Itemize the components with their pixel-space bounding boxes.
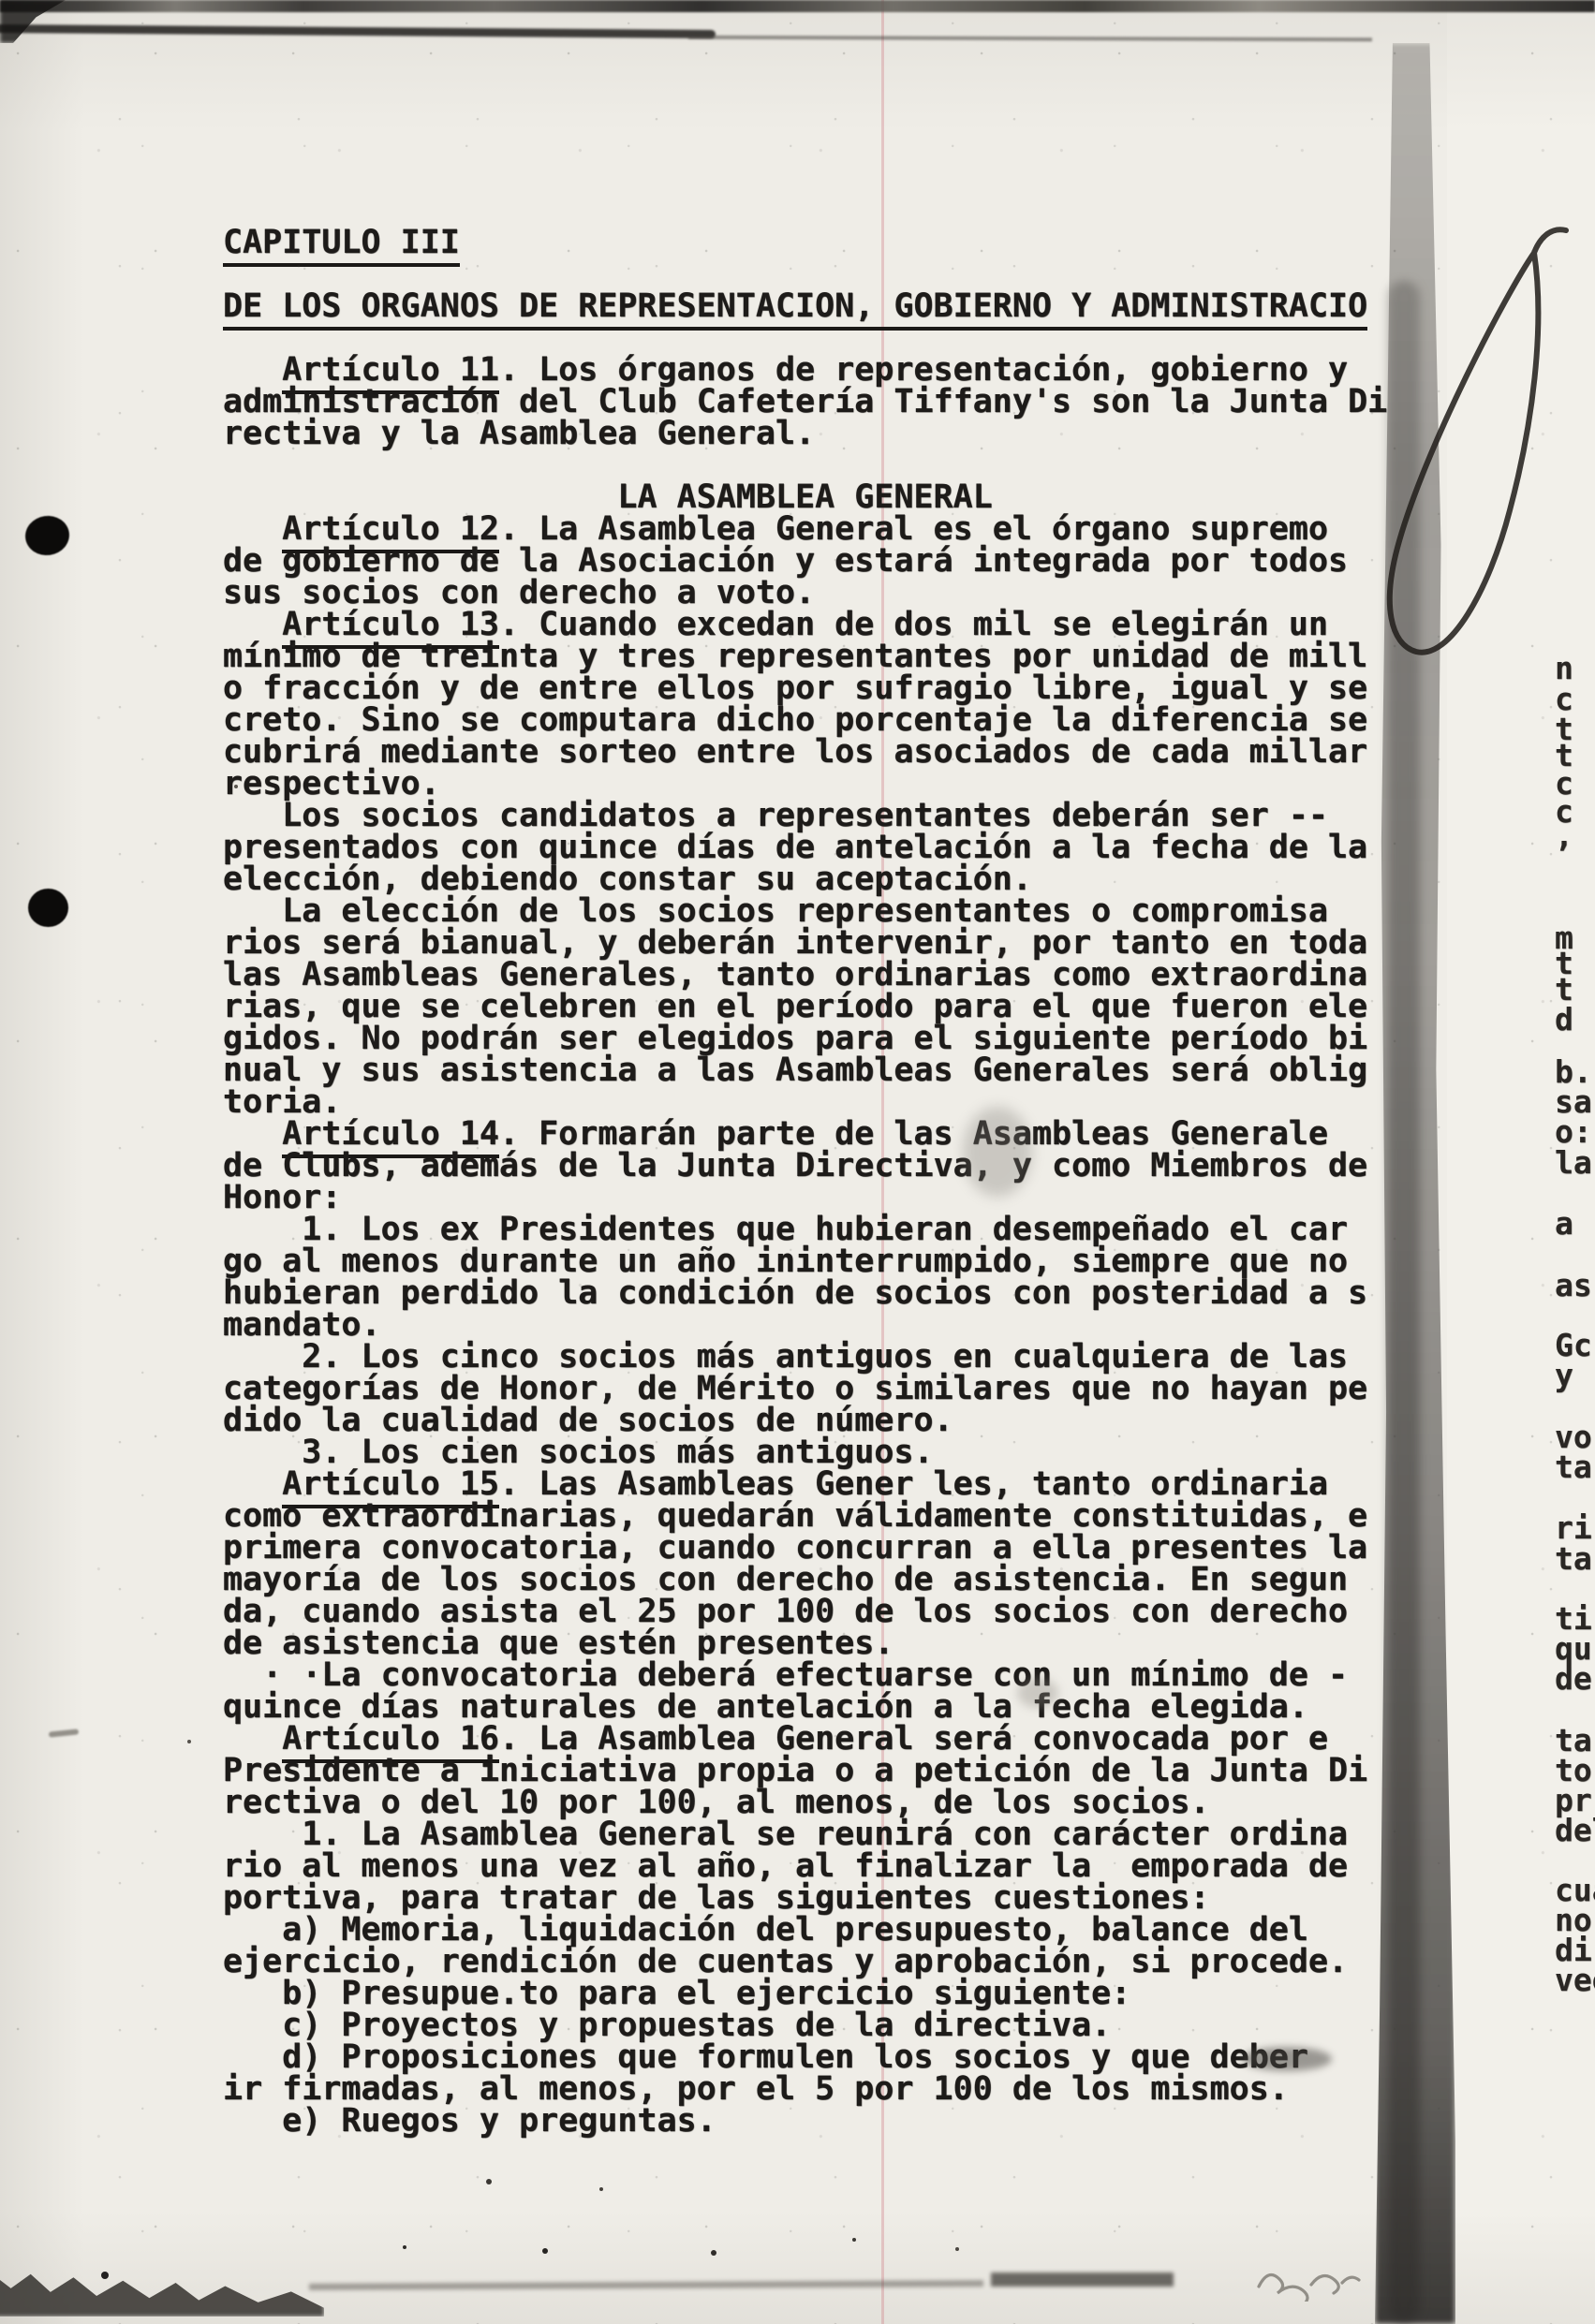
document-line: rias, que se celebren en el período para…	[223, 991, 1367, 1022]
document-line: o fracción y de entre ellos por sufragio…	[223, 672, 1367, 704]
adjacent-page-text-fragment: d	[1555, 1004, 1573, 1036]
adjacent-page-text-fragment: de.	[1555, 1663, 1595, 1695]
document-line: elección, debiendo constar su aceptación…	[223, 863, 1032, 895]
document-line: cubrirá mediante sorteo entre los asocia…	[223, 736, 1367, 768]
adjacent-page-text-fragment: ta	[1555, 1451, 1592, 1483]
document-line: de gobierno de la Asociación y estará in…	[223, 545, 1348, 577]
signature-ink-mark	[1349, 225, 1592, 697]
torn-top-edge	[0, 0, 1595, 12]
document-line: Artículo 14. Formarán parte de las Asamb…	[223, 1118, 1328, 1150]
adjacent-page-text-fragment: ta	[1555, 1543, 1592, 1575]
underlined-text-run: DE LOS ORGANOS DE REPRESENTACION, GOBIER…	[223, 287, 1367, 331]
text-run: hubieran perdido la condición de socios …	[223, 1274, 1367, 1312]
document-line: c) Proyectos y propuestas de la directiv…	[223, 2009, 1111, 2041]
document-line: nual y sus asistencia a las Asambleas Ge…	[223, 1054, 1367, 1086]
document-line: gidos. No podrán ser elegidos para el si…	[223, 1022, 1367, 1054]
torn-edge-line-faint	[688, 36, 1372, 42]
document-line: hubieran perdido la condición de socios …	[223, 1277, 1367, 1309]
document-line: LA ASAMBLEA GENERAL	[223, 481, 993, 513]
document-line: mayoría de los socios con derecho de asi…	[223, 1564, 1348, 1596]
document-line: Artículo 11. Los órganos de representaci…	[223, 354, 1348, 386]
adjacent-page-text-fragment: del	[1555, 1815, 1595, 1846]
bottom-left-smudge	[0, 2262, 324, 2317]
document-line: ir firmadas, al menos, por el 5 por 100 …	[223, 2073, 1289, 2105]
document-line: rectiva o del 10 por 100, al menos, de l…	[223, 1787, 1210, 1818]
document-line: e) Ruegos y preguntas.	[223, 2105, 716, 2137]
document-line: Artículo 16. La Asamblea General será co…	[223, 1723, 1328, 1755]
document-line: Presidente a iniciativa propia o a petic…	[223, 1755, 1367, 1787]
document-line: 2. Los cinco socios más antiguos en cual…	[223, 1341, 1348, 1373]
adjacent-page-text-fragment: y	[1555, 1360, 1573, 1391]
document-line: d) Proposiciones que formulen los socios…	[223, 2041, 1308, 2073]
document-line: de Clubs, además de la Junta Directiva, …	[223, 1150, 1367, 1182]
hole-punch-top	[22, 513, 71, 558]
text-run: nual y sus asistencia a las Asambleas Ge…	[223, 1052, 1367, 1089]
document-line: a) Memoria, liquidación del presupuesto,…	[223, 1914, 1308, 1946]
underlined-text-run: CAPITULO III	[223, 224, 460, 267]
adjacent-page-text-fragment: as	[1555, 1270, 1592, 1302]
document-line: ejercicio, rendición de cuentas y aproba…	[223, 1946, 1348, 1978]
document-line: como extraordinarias, quedarán válidamen…	[223, 1500, 1367, 1532]
bottom-handwriting-scribble	[1253, 2260, 1366, 2305]
document-line: DE LOS ORGANOS DE REPRESENTACION, GOBIER…	[223, 290, 1367, 322]
document-line: rio al menos una vez al año, al finaliza…	[223, 1850, 1348, 1882]
adjacent-page-text-fragment: o:	[1555, 1116, 1592, 1148]
document-line: go al menos durante un año ininterrumpid…	[223, 1245, 1348, 1277]
scanned-document-page: { "document": { "chapter_title": "CAPITU…	[0, 0, 1595, 2324]
document-line: sus socios con derecho a voto.	[223, 577, 815, 609]
scan-specks	[403, 2245, 406, 2249]
bottom-dark-mark	[991, 2273, 1174, 2287]
hole-punch-bottom	[28, 889, 68, 927]
document-line: La elección de los socios representantes…	[223, 895, 1328, 927]
document-line: administración del Club Cafetería Tiffan…	[223, 386, 1387, 418]
document-line: presentados con quince días de antelació…	[223, 831, 1367, 863]
document-line: de asistencia que estén presentes.	[223, 1627, 893, 1659]
document-line: CAPITULO III	[223, 227, 460, 258]
document-line: categorías de Honor, de Mérito o similar…	[223, 1373, 1367, 1405]
adjacent-page-text-fragment: ri	[1555, 1512, 1592, 1544]
document-line: creto. Sino se computara dicho porcentaj…	[223, 704, 1367, 736]
document-line: 1. La Asamblea General se reunirá con ca…	[223, 1818, 1348, 1850]
document-line: respectivo.	[223, 768, 440, 800]
document-line: da, cuando asista el 25 por 100 de los s…	[223, 1596, 1348, 1627]
document-line: · ·La convocatoria deberá efectuarse con…	[223, 1659, 1348, 1691]
document-line: 3. Los cien socios más antiguos.	[223, 1436, 934, 1468]
document-line: portiva, para tratar de las siguientes c…	[223, 1882, 1210, 1914]
document-line: toria.	[223, 1086, 341, 1118]
torn-edge-line	[0, 24, 716, 38]
adjacent-page-text-fragment: vee	[1555, 1964, 1595, 1996]
document-line: mandato.	[223, 1309, 381, 1341]
text-run: de Clubs, además de la Junta Directiva, …	[223, 1147, 1367, 1184]
document-line: Los socios candidatos a representantes d…	[223, 800, 1328, 831]
document-line: mínimo de treinta y tres representantes …	[223, 640, 1367, 672]
document-line: b) Presupue.to para el ejercicio siguien…	[223, 1978, 1130, 2009]
document-line: primera convocatoria, cuando concurran a…	[223, 1532, 1367, 1564]
document-line: las Asambleas Generales, tanto ordinaria…	[223, 959, 1367, 991]
document-line: Honor:	[223, 1182, 341, 1213]
adjacent-page-text-fragment: ,	[1555, 820, 1573, 852]
document-line: rios será bianual, y deberán intervenir,…	[223, 927, 1367, 959]
text-run: e) Ruegos y preguntas.	[223, 2102, 716, 2140]
document-line: rectiva y la Asamblea General.	[223, 418, 815, 449]
document-line: quince días naturales de antelación a la…	[223, 1691, 1308, 1723]
adjacent-page-text-fragment: la	[1555, 1147, 1592, 1179]
toner-smudge	[49, 1728, 79, 1737]
document-line: Artículo 15. Las Asambleas Gener les, ta…	[223, 1468, 1328, 1500]
document-line: dido la cualidad de socios de número.	[223, 1405, 953, 1436]
document-line: Artículo 12. La Asamblea General es el ó…	[223, 513, 1328, 545]
text-run: rectiva y la Asamblea General.	[223, 415, 815, 452]
document-line: 1. Los ex Presidentes que hubieran desem…	[223, 1213, 1348, 1245]
adjacent-page-text-fragment: a	[1555, 1208, 1573, 1240]
document-line: Artículo 13. Cuando excedan de dos mil s…	[223, 609, 1328, 640]
